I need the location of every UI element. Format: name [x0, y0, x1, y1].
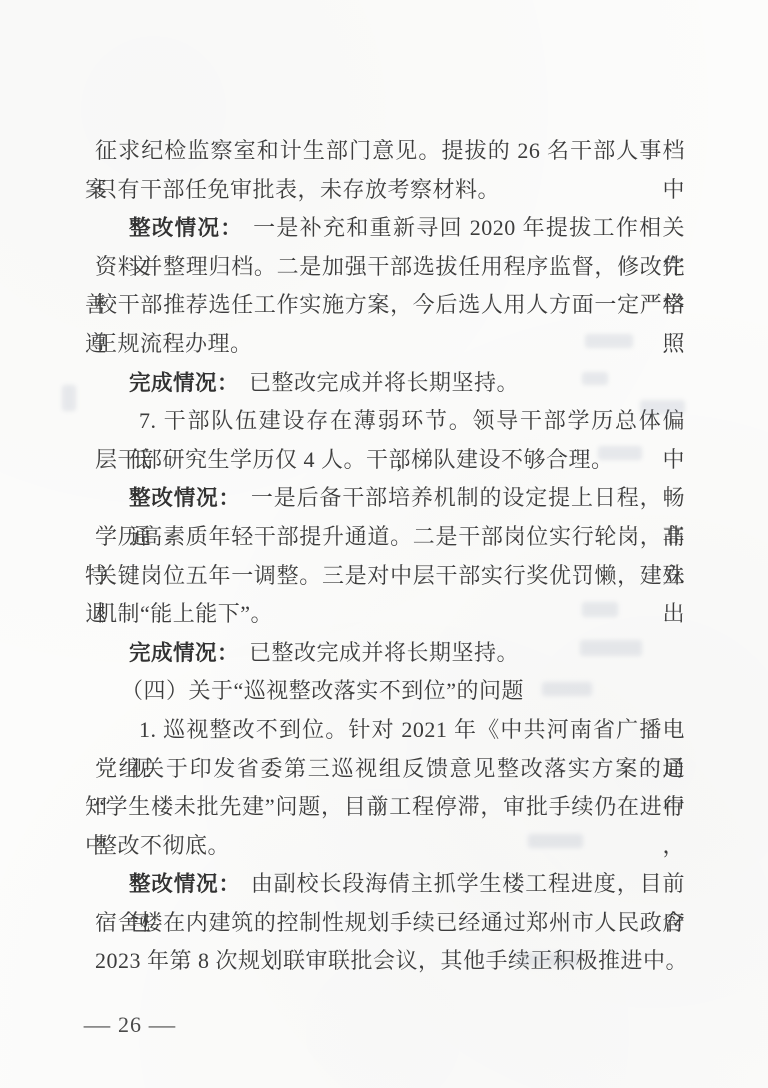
bold-lead — [111, 679, 121, 703]
bold-lead: 完成情况： — [129, 641, 249, 665]
bold-lead — [85, 834, 95, 858]
text-line: 1. 巡视整改不到位。针对 2021 年《中共河南省广播电视局 — [85, 711, 685, 750]
bold-lead — [85, 949, 95, 973]
footer-dash: — — [84, 1012, 112, 1038]
line-text: 只有干部任免审批表，未存放考察材料。 — [95, 177, 500, 202]
bold-lead — [85, 332, 95, 356]
bold-lead — [85, 178, 95, 202]
line-text: 宿舍楼在内建筑的控制性规划手续已经通过郑州市人民政府 — [95, 910, 685, 935]
text-line: 征求纪检监察室和计生部门意见。提拔的 26 名干部人事档案中 — [85, 132, 685, 171]
bold-lead: 完成情况： — [129, 371, 249, 395]
bleedthrough-mark — [62, 385, 76, 411]
bold-lead — [85, 757, 95, 781]
bold-lead — [85, 448, 95, 472]
text-line: 7. 干部队伍建设存在薄弱环节。领导干部学历总体偏低，中 — [85, 402, 685, 441]
bold-lead — [85, 795, 95, 819]
line-text: 2023 年第 8 次规划联审联批会议，其他手续正积极推进中。 — [95, 948, 688, 973]
line-text: 正规流程办理。 — [95, 331, 253, 356]
line-text: （四）关于“巡视整改落实不到位”的问题 — [121, 678, 524, 703]
text-line: 2023 年第 8 次规划联审联批会议，其他手续正积极推进中。 — [85, 942, 685, 981]
text-line: 党组关于印发省委第三巡视组反馈意见整改落实方案的通知》中 — [85, 750, 685, 789]
text-line: 校干部推荐选任工作实施方案，今后选人用人方面一定严格遵照 — [85, 286, 685, 325]
bold-lead — [85, 602, 95, 626]
bold-lead — [85, 911, 95, 935]
text-line: 层干部研究生学历仅 4 人。干部梯队建设不够合理。 — [85, 441, 685, 480]
page-number: 26 — [118, 1012, 142, 1038]
text-line: 资料并整理归档。二是加强干部选拔任用程序监督，修改完善学 — [85, 248, 685, 287]
text-line: （四）关于“巡视整改落实不到位”的问题 — [85, 672, 685, 711]
text-line: 整改情况：由副校长段海倩主抓学生楼工程进度，目前包含 — [85, 865, 685, 904]
line-text: 整改不彻底。 — [95, 833, 230, 858]
bold-lead — [85, 564, 95, 588]
text-line: 完成情况：已整改完成并将长期坚持。 — [85, 364, 685, 403]
text-line: 整改情况：一是补充和重新寻回 2020 年提拔工作相关文件 — [85, 209, 685, 248]
bold-lead — [85, 525, 95, 549]
document-page: 征求纪检监察室和计生部门意见。提拔的 26 名干部人事档案中 只有干部任免审批表… — [0, 0, 768, 1088]
line-text: 已整改完成并将长期坚持。 — [249, 640, 519, 665]
text-line: 关键岗位五年一调整。三是对中层干部实行奖优罚懒，建立退出 — [85, 557, 685, 596]
bold-lead — [129, 409, 139, 433]
bold-lead: 整改情况： — [129, 486, 251, 510]
bold-lead — [85, 139, 95, 163]
footer-dash: — — [149, 1012, 177, 1038]
bold-lead: 整改情况： — [129, 872, 251, 896]
text-line: 宿舍楼在内建筑的控制性规划手续已经通过郑州市人民政府 — [85, 904, 685, 943]
line-text: 机制“能上能下”。 — [95, 601, 273, 626]
bold-lead — [85, 255, 95, 279]
bold-lead — [129, 718, 139, 742]
text-line: 完成情况：已整改完成并将长期坚持。 — [85, 634, 685, 673]
text-line: 学历高素质年轻干部提升通道。二是干部岗位实行轮岗，非特殊 — [85, 518, 685, 557]
bold-lead — [85, 293, 95, 317]
text-line: 整改情况：一是后备干部培养机制的设定提上日程，畅通高 — [85, 479, 685, 518]
bold-lead: 整改情况： — [129, 216, 253, 240]
line-text: 层干部研究生学历仅 4 人。干部梯队建设不够合理。 — [95, 447, 614, 472]
document-body: 征求纪检监察室和计生部门意见。提拔的 26 名干部人事档案中 只有干部任免审批表… — [85, 132, 685, 981]
text-line: “学生楼未批先建”问题，目前工程停滞，审批手续仍在进行中， — [85, 788, 685, 827]
page-footer: — 26 — — [86, 1012, 174, 1038]
line-text: 已整改完成并将长期坚持。 — [249, 370, 519, 395]
